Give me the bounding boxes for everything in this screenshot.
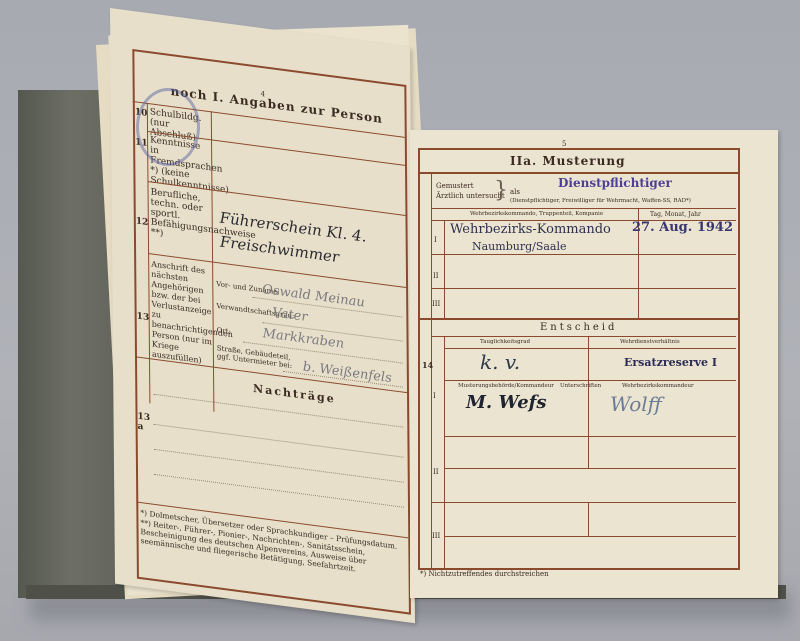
divider: [431, 288, 736, 289]
divider: [444, 220, 445, 318]
col-wehrdienst: Wehrdienstverhältnis: [620, 339, 680, 345]
als-label: als: [510, 188, 520, 196]
signature-wbk: Wolff: [610, 392, 662, 416]
col-musterung: Musterungsbehörde/Kommandeur: [458, 383, 554, 389]
col-header-office: Wehrbezirkskommando, Truppenteil, Kompan…: [470, 211, 603, 217]
divider: [431, 336, 736, 337]
right-page-title: IIa. Musterung: [510, 154, 625, 168]
stamp-office-line-2: Naumburg/Saale: [472, 240, 567, 253]
row-number: 13: [137, 312, 150, 324]
handwritten-kv: k. v.: [480, 350, 520, 374]
row-roman: II: [433, 468, 439, 476]
divider: [431, 208, 736, 209]
divider: [588, 502, 589, 536]
entscheid-number: 14: [422, 360, 433, 370]
row-number-13a: 13 a: [137, 412, 149, 434]
divider: [418, 318, 738, 320]
stamp-office-line-1: Wehrbezirks-Kommando: [450, 222, 611, 237]
stamp-dienstpflichtiger: Dienstpflichtiger: [558, 176, 672, 190]
row-roman: III: [432, 300, 440, 308]
divider: [444, 536, 736, 537]
divider: [444, 336, 445, 568]
page-number-right: 5: [562, 140, 566, 148]
divider: [588, 436, 589, 468]
row-roman: III: [432, 532, 440, 540]
divider: [431, 172, 432, 568]
entscheid-title: Entscheid: [540, 322, 617, 333]
col-tauglichkeit: Tauglichkeitsgrad: [480, 339, 530, 345]
round-stamp: [136, 88, 200, 166]
col-header-date: Tag, Monat, Jahr: [650, 211, 701, 218]
row-label-befaehigung: Berufliche, techn. oder sportl. Befähigu…: [151, 187, 211, 245]
als-options: (Dienstpflichtiger, Freiwilliger für Weh…: [510, 198, 691, 204]
divider: [444, 436, 736, 437]
divider: [418, 172, 738, 174]
row-roman: I: [433, 392, 436, 400]
signature-musterung: M. Wefs: [466, 392, 547, 413]
row-number: 12: [136, 216, 149, 228]
field-label-city: Ort:: [217, 326, 231, 336]
footnote-right: *) Nichtzutreffendes durchstreichen: [420, 570, 549, 578]
stamp-ersatzreserve: Ersatzreserve I: [624, 356, 717, 369]
gemustert-label: Gemustert: [436, 182, 474, 190]
col-wbk: Wehrbezirkskommandeur: [622, 383, 694, 389]
divider: [444, 348, 736, 349]
divider: [444, 468, 736, 469]
divider: [431, 502, 736, 503]
col-unterschriften: Unterschriften: [560, 383, 601, 389]
right-page[interactable]: 5 IIa. Musterung Gemustert Ärztlich unte…: [410, 130, 778, 598]
row-roman: II: [433, 272, 439, 280]
divider: [444, 380, 736, 381]
row-roman: I: [434, 236, 437, 244]
brace: }: [494, 178, 508, 203]
row-label-angehoerige: Anschrift des nächsten Angehörigen bzw. …: [151, 259, 214, 367]
stamp-date: 27. Aug. 1942: [632, 220, 733, 235]
divider: [431, 254, 736, 255]
